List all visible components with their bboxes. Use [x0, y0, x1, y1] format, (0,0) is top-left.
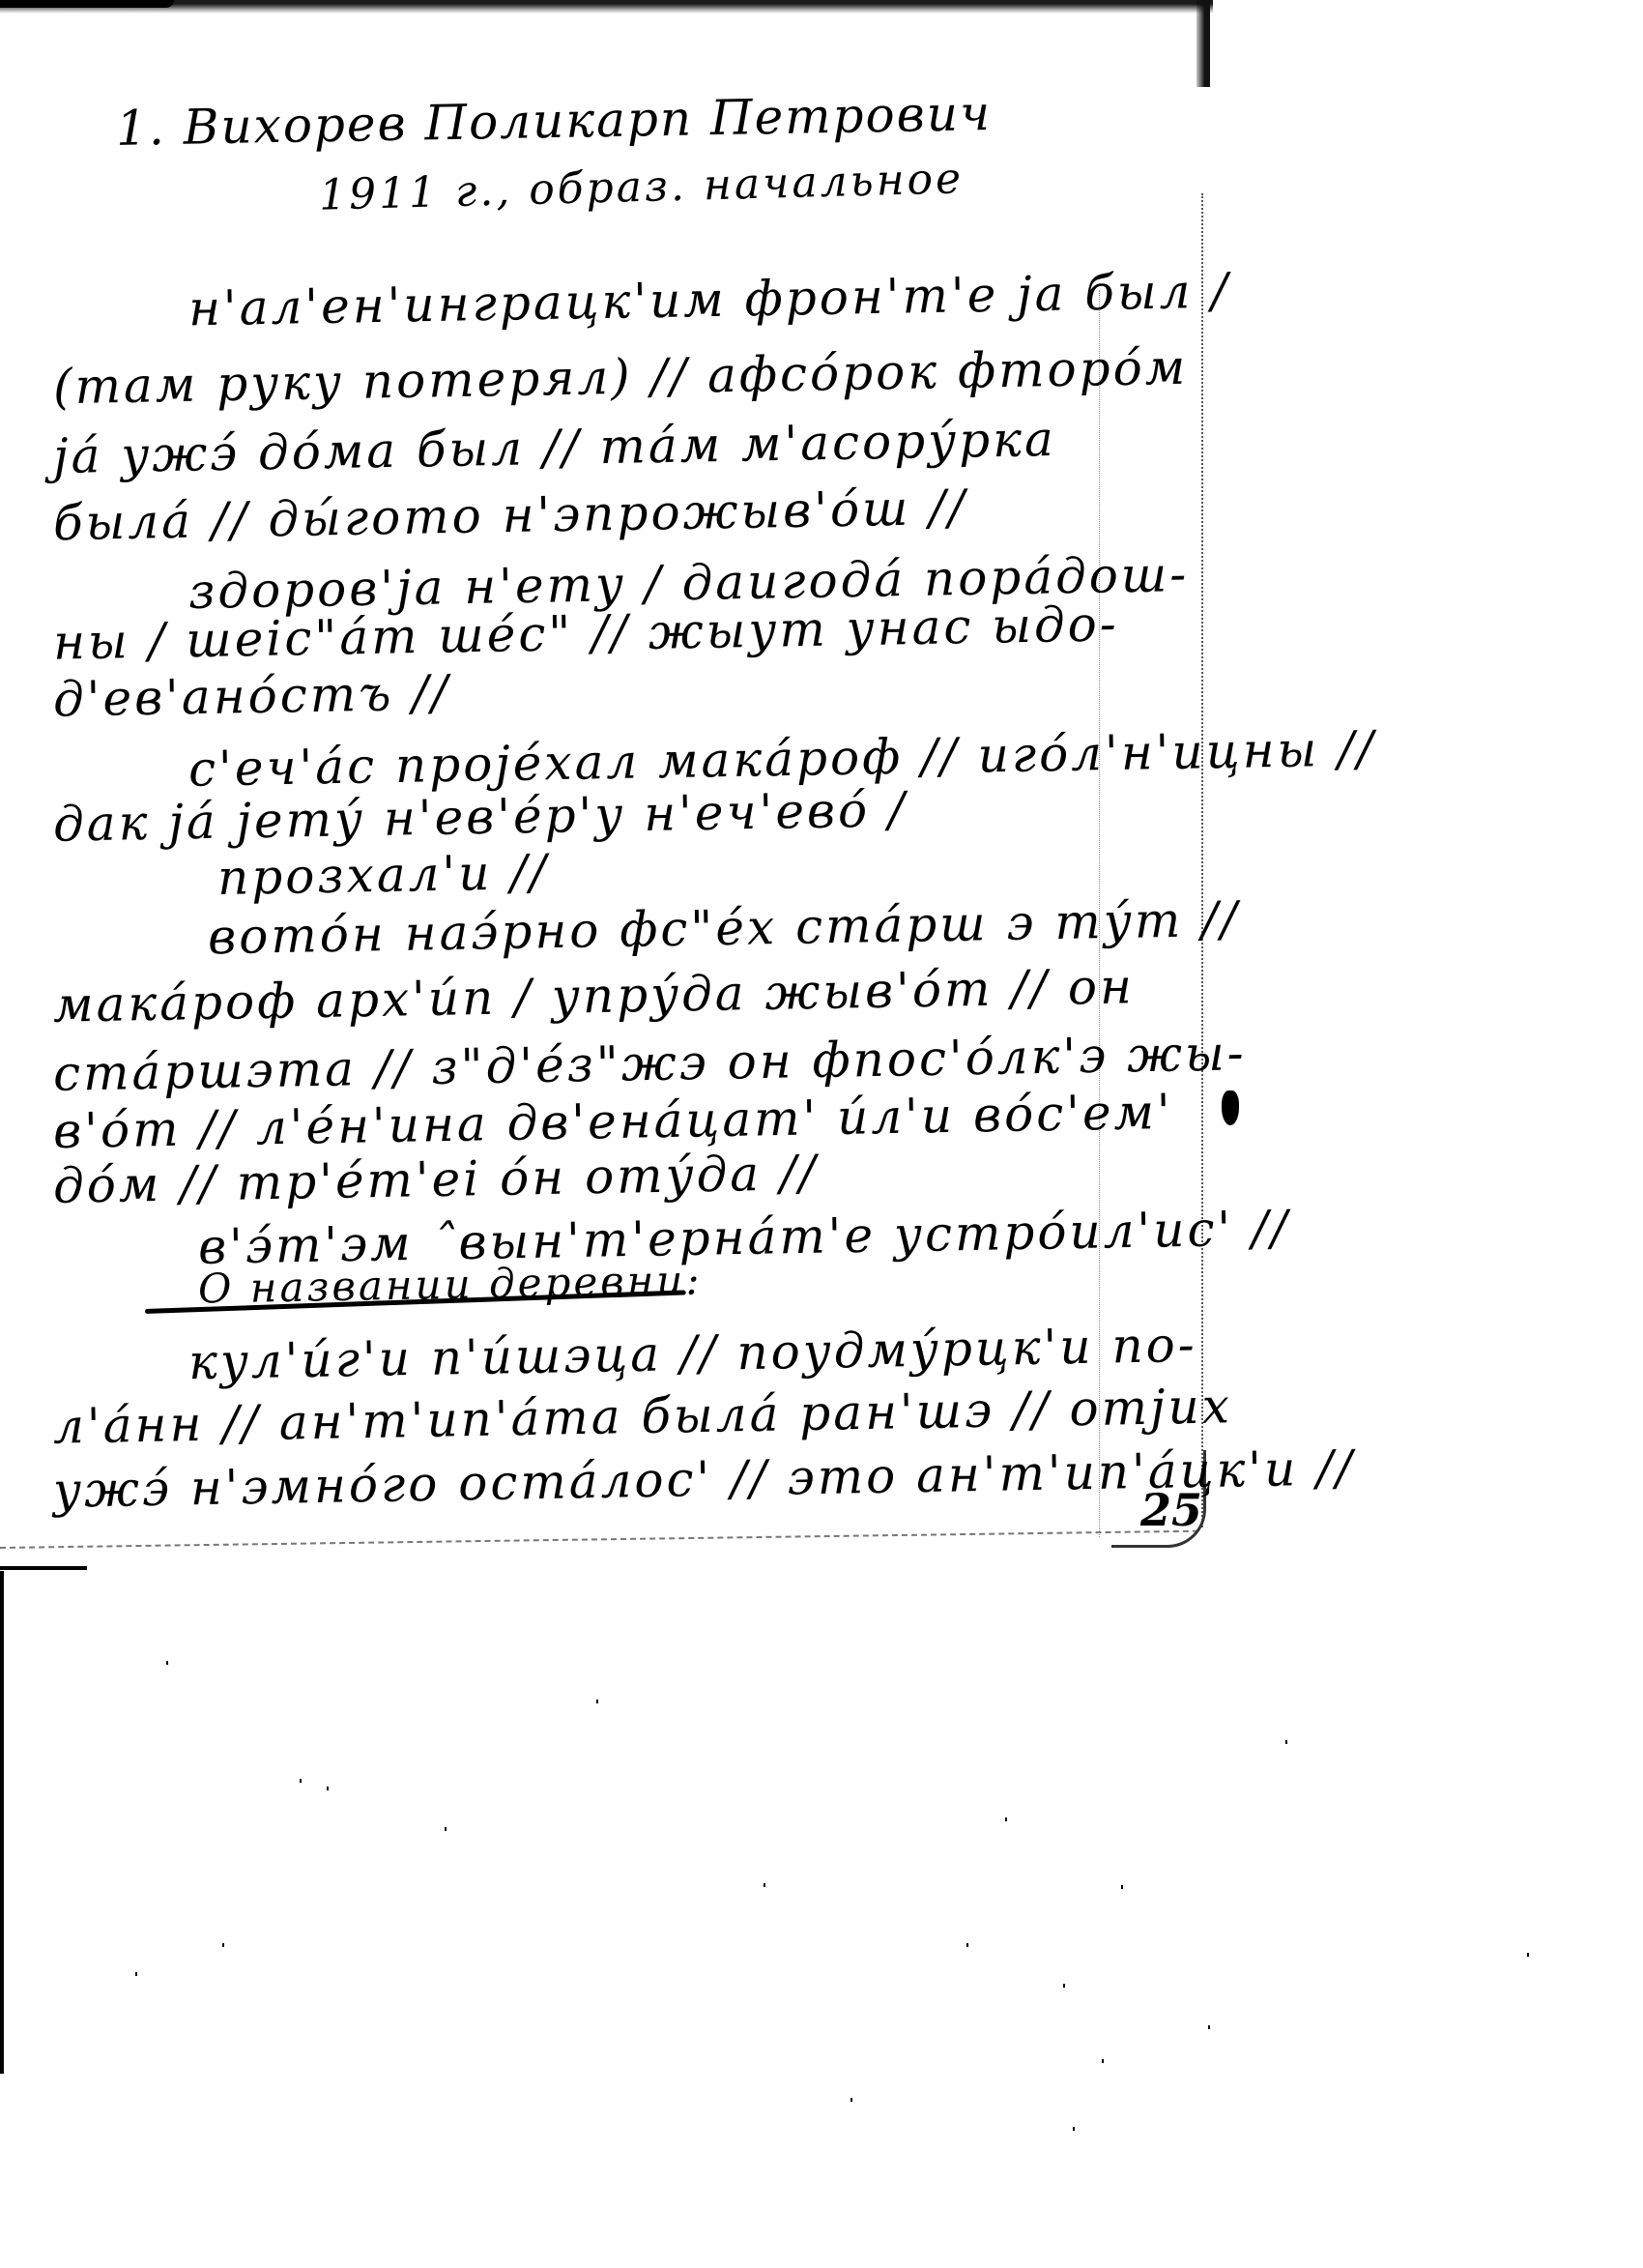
- scan-speck: [596, 1700, 598, 1703]
- transcript-line: н'ал'ен'инграцк'им фрон'т'е ја был /: [188, 267, 1231, 334]
- transcript-line: в'э́т'эм ˆвын'т'ерна́т'е устро́ил'ис' //: [198, 1204, 1291, 1271]
- transcript-line: л'а́нн // ан'т'ип'а́та была́ ран'шэ // о…: [53, 1381, 1233, 1450]
- transcript-line: (там руку потерял) // афсо́рок фторо́м: [53, 343, 1189, 411]
- transcript-line: мака́роф арх'и́п / упру́да жыв'о́т // он: [53, 962, 1136, 1030]
- scan-top-left-shadow: [0, 0, 174, 8]
- transcript-line: была́ // ды́гото н'эпрожыв'о́ш //: [53, 483, 968, 548]
- scan-speck: [966, 1943, 968, 1947]
- scan-speck: [764, 1883, 765, 1887]
- scan-top-border: [0, 0, 1213, 14]
- scan-speck: [850, 2098, 852, 2102]
- informant-details: 1911 г., образ. начальное: [319, 158, 965, 217]
- scan-speck: [327, 1787, 329, 1790]
- scan-speck: [1063, 1984, 1065, 1988]
- page-bottom-edge: [0, 1530, 1198, 1549]
- page-bottom-left-shadow: [0, 1566, 87, 1570]
- informant-name: 1. Вихорев Поликарп Петрович: [116, 89, 993, 153]
- scan-speck: [1121, 1885, 1123, 1889]
- scan-speck: [1102, 2059, 1104, 2063]
- transcript-line: ја́ ужэ́ до́ма был // та́м м'асору́рка: [53, 415, 1057, 480]
- scan-speck: [166, 1661, 168, 1665]
- scan-speck: [222, 1943, 224, 1947]
- transcript-line: кул'и́г'и п'и́шэца // поудму́рцк'и по-: [188, 1321, 1197, 1386]
- scan-speck: [1005, 1817, 1007, 1821]
- scan-speck: [300, 1779, 302, 1783]
- scan-speck: [135, 1972, 137, 1976]
- transcript-line: до́м // тр'е́т'еі о́н оту́да //: [53, 1149, 819, 1210]
- transcript-line: прозхал'и //: [217, 848, 550, 902]
- scan-speck: [1073, 2127, 1075, 2131]
- transcript-line: вото́н наэ́рно фс"е́х ста́рш э ту́т //: [208, 895, 1241, 962]
- scan-left-border: [0, 1571, 4, 2074]
- page-number: 25: [1140, 1484, 1202, 1536]
- ink-blot: [1222, 1090, 1239, 1125]
- transcript-line: д'ев'ано́стъ //: [53, 668, 451, 723]
- scan-speck: [1208, 2025, 1210, 2029]
- scan-speck: [1285, 1740, 1287, 1744]
- page-right-edge: [1201, 193, 1203, 1527]
- scan-speck: [1527, 1953, 1529, 1957]
- scan-top-right-shadow: [1196, 0, 1210, 87]
- scan-speck: [445, 1827, 447, 1831]
- transcript-line: дак ја́ јету́ н'ев'е́р'у н'еч'ево́ /: [53, 785, 908, 848]
